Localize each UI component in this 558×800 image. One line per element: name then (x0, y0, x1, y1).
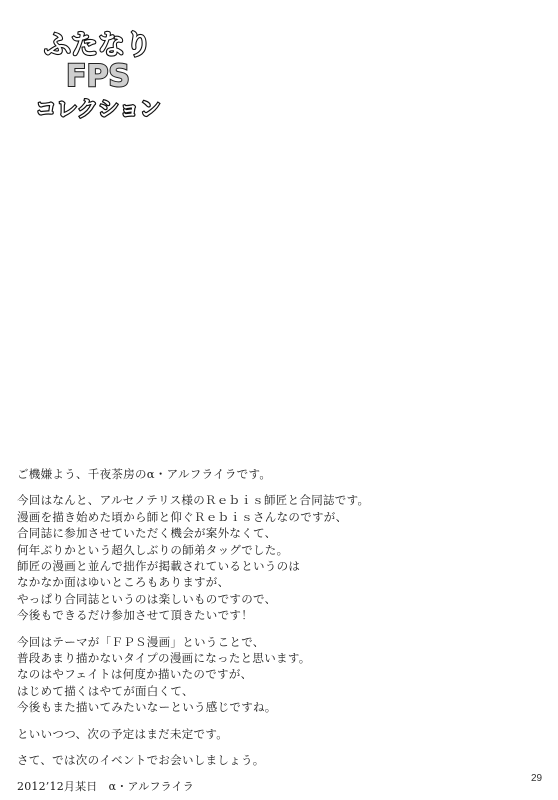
text-line: やっぱり合同誌というのは楽しいものですので、 (17, 591, 537, 607)
text-line: 今回はテーマが「ＦＰＳ漫画」ということで、 (17, 634, 537, 650)
text-line: なかなか面はゆいところもありますが、 (17, 574, 537, 590)
logo-line2: FPS (66, 59, 130, 94)
text-line: 何年ぶりかという超久しぶりの師弟タッグでした。 (17, 542, 537, 558)
text-line: なのはやフェイトは何度か描いたのですが、 (17, 666, 537, 682)
afterword-text: ご機嫌よう、千夜茶房のα・アルフライラです。 今回はなんと、アルセノテリス様のＲ… (17, 466, 537, 800)
text-line: 今後もまた描いてみたいなーという感じですね。 (17, 699, 537, 715)
paragraph-farewell: さて、では次のイベントでお会いしましょう。 (17, 752, 537, 768)
text-line: といいつつ、次の予定はまだ未定です。 (17, 726, 537, 742)
paragraph-greeting: ご機嫌よう、千夜茶房のα・アルフライラです。 (17, 466, 537, 482)
page-number: 29 (531, 773, 542, 784)
paragraph-collab: 今回はなんと、アルセノテリス様のＲｅｂｉｓ師匠と合同誌です。 漫画を描き始めた頃… (17, 492, 537, 623)
logo-line3: コレクション (35, 97, 160, 121)
text-line: はじめて描くはやてが面白くて、 (17, 683, 537, 699)
text-line: 合同誌に参加させていただく機会が案外なくて、 (17, 525, 537, 541)
title-logo-graphic: ふたなり FPS コレクション (28, 24, 168, 124)
text-line: 師匠の漫画と並んで拙作が掲載されているというのは (17, 558, 537, 574)
text-line: ご機嫌よう、千夜茶房のα・アルフライラです。 (17, 466, 537, 482)
paragraph-next-plans: といいつつ、次の予定はまだ未定です。 (17, 726, 537, 742)
text-line: 普段あまり描かないタイプの漫画になったと思います。 (17, 650, 537, 666)
paragraph-theme: 今回はテーマが「ＦＰＳ漫画」ということで、 普段あまり描かないタイプの漫画になっ… (17, 634, 537, 716)
title-logo: ふたなり FPS コレクション (28, 24, 168, 124)
signature: 2012’12月某日 α・アルフライラ (17, 779, 537, 795)
logo-line1: ふたなり (44, 30, 152, 61)
text-line: 漫画を描き始めた頃から師と仰ぐＲｅｂｉｓさんなのですが、 (17, 509, 537, 525)
text-line: 今後もできるだけ参加させて頂きたいです！ (17, 607, 537, 623)
text-line: さて、では次のイベントでお会いしましょう。 (17, 752, 537, 768)
text-line: 今回はなんと、アルセノテリス様のＲｅｂｉｓ師匠と合同誌です。 (17, 492, 537, 508)
signature-line: 2012’12月某日 α・アルフライラ (17, 779, 537, 795)
